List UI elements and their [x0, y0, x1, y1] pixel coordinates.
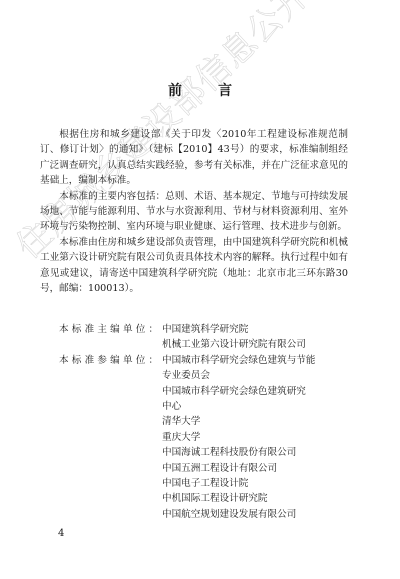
- participating-unit-item: 清华大学: [162, 414, 360, 429]
- participating-unit-item: 重庆大学: [162, 430, 360, 445]
- participating-units-label: 本标准参编单位：: [40, 353, 162, 522]
- preface-body: 根据住房和城乡建设部《关于印发〈2010年工程建设标准规范制订、修订计划〉的通知…: [40, 127, 348, 296]
- title-char-1: 前: [168, 80, 182, 100]
- participating-unit-item: 中机国际工程设计研究院: [162, 491, 360, 506]
- title-char-2: 言: [218, 80, 232, 100]
- page-title: 前言: [0, 80, 400, 100]
- participating-unit-item: 中国城市科学研究会绿色建筑研究: [162, 384, 360, 399]
- chief-unit-item: 中国建筑科学研究院: [162, 322, 360, 337]
- participating-units-list: 中国城市科学研究会绿色建筑与节能 专业委员会 中国城市科学研究会绿色建筑研究 中…: [162, 353, 360, 522]
- chief-unit-item: 机械工业第六设计研究院有限公司: [162, 337, 360, 352]
- paragraph-3: 本标准由住房和城乡建设部负责管理，由中国建筑科学研究院和机械工业第六设计研究院有…: [40, 235, 348, 297]
- participating-unit-item: 中国航空规划建设发展有限公司: [162, 507, 360, 522]
- participating-unit-item: 中心: [162, 399, 360, 414]
- participating-unit-item: 中国电子工程设计院: [162, 476, 360, 491]
- page-number: 4: [58, 528, 64, 539]
- participating-unit-item: 中国城市科学研究会绿色建筑与节能: [162, 353, 360, 368]
- participating-unit-item: 中国五洲工程设计有限公司: [162, 461, 360, 476]
- paragraph-2: 本标准的主要内容包括：总则、术语、基本规定、节地与可持续发展场地、节能与能源利用…: [40, 189, 348, 235]
- participating-unit-item: 专业委员会: [162, 368, 360, 383]
- chief-units-row: 本标准主编单位： 中国建筑科学研究院 机械工业第六设计研究院有限公司: [40, 322, 360, 353]
- chief-units-list: 中国建筑科学研究院 机械工业第六设计研究院有限公司: [162, 322, 360, 353]
- participating-unit-item: 中国海诚工程科技股份有限公司: [162, 445, 360, 460]
- participating-units-row: 本标准参编单位： 中国城市科学研究会绿色建筑与节能 专业委员会 中国城市科学研究…: [40, 353, 360, 522]
- chief-units-label: 本标准主编单位：: [40, 322, 162, 353]
- paragraph-1: 根据住房和城乡建设部《关于印发〈2010年工程建设标准规范制订、修订计划〉的通知…: [40, 127, 348, 189]
- document-page: 住房城乡建设部信息公开 前言 根据住房和城乡建设部《关于印发〈2010年工程建设…: [0, 0, 400, 579]
- units-section: 本标准主编单位： 中国建筑科学研究院 机械工业第六设计研究院有限公司 本标准参编…: [40, 322, 360, 522]
